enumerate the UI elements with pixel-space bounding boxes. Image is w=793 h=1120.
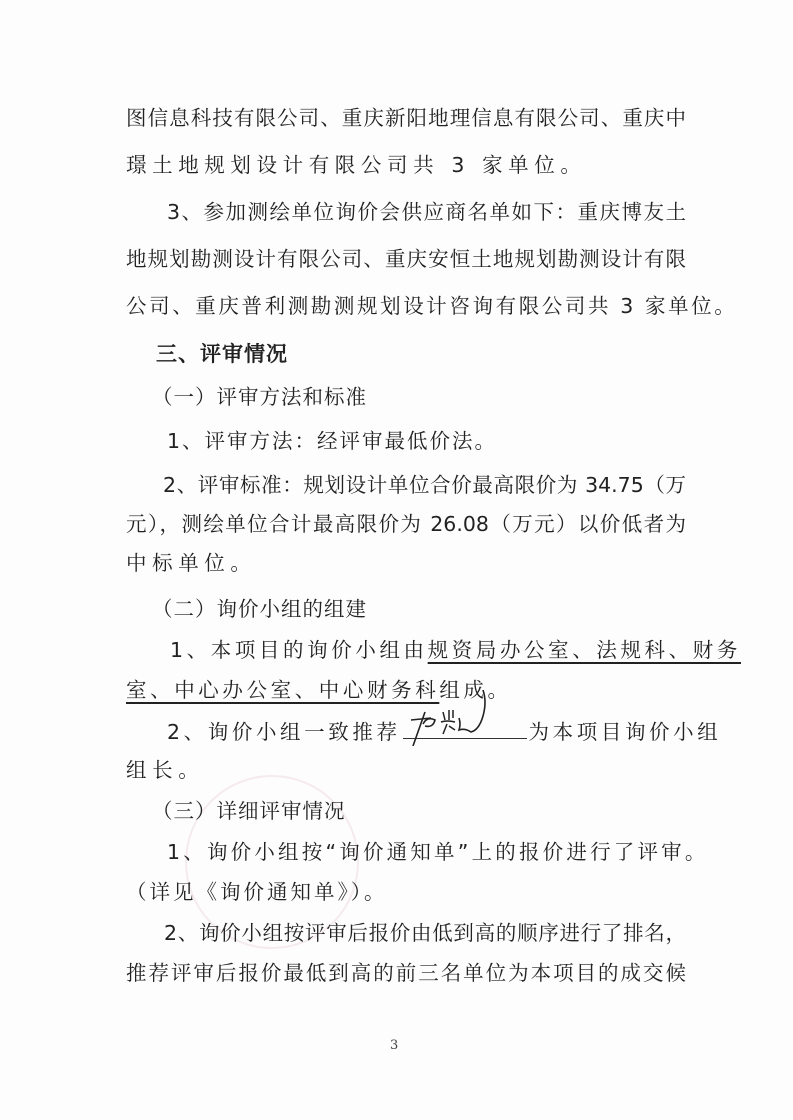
text: 1、本项目的询价小组由 [170, 638, 428, 662]
paragraph-line: 公司、重庆普利测勘测规划设计咨询有限公司共 3 家单位。 [126, 292, 686, 320]
section-heading: 三、评审情况 [156, 340, 716, 368]
paragraph-line: 组长。 [126, 756, 686, 784]
paragraph-line: 1、评审方法：经评审最低价法。 [167, 427, 727, 455]
document-page: 图信息科技有限公司、重庆新阳地理信息有限公司、重庆中 璟土地规划设计有限公司共 … [0, 0, 793, 1120]
subsection-heading: （三）详细评审情况 [152, 797, 712, 825]
underlined-text: 规资局办公室、法规科、财务 [428, 638, 741, 662]
paragraph-line: 3、参加测绘单位询价会供应商名单如下：重庆博友土 [167, 198, 686, 226]
paragraph-line: 1、本项目的询价小组由规资局办公室、法规科、财务 [170, 636, 686, 664]
paragraph-line: 地规划勘测设计有限公司、重庆安恒土地规划勘测设计有限 [126, 245, 686, 273]
underlined-text: 室、中心办公室、中心财务科 [126, 678, 439, 702]
subsection-heading: （一）评审方法和标准 [152, 383, 712, 411]
paragraph-line: 图信息科技有限公司、重庆新阳地理信息有限公司、重庆中 [126, 104, 686, 132]
subsection-heading: （二）询价小组的组建 [152, 595, 712, 623]
paragraph-line: 元），测绘单位合计最高限价为 26.08（万元）以价低者为 [126, 510, 686, 538]
text: 2、询价小组一致推荐 [167, 720, 401, 744]
paragraph-line: 2、评审标准：规划设计单位合价最高限价为 34.75（万 [163, 471, 686, 499]
text: 为本项目询价小组 [529, 720, 722, 744]
paragraph-line: 中标单位。 [126, 549, 686, 577]
paragraph-line: 璟土地规划设计有限公司共 3 家单位。 [126, 151, 686, 179]
handwritten-signature-icon [403, 690, 527, 746]
paragraph-line: （详见《询价通知单》）。 [126, 878, 686, 906]
paragraph-line: 2、询价小组一致推荐 为本项目询价小组 [167, 716, 727, 746]
paragraph-line: 2、询价小组按评审后报价由低到高的顺序进行了排名， [164, 919, 686, 947]
page-number: 3 [390, 1038, 398, 1053]
signature-field [403, 716, 527, 739]
paragraph-line: 1、询价小组按“询价通知单”上的报价进行了评审。 [167, 838, 727, 866]
paragraph-line: 推荐评审后报价最低到高的前三名单位为本项目的成交候 [126, 959, 686, 987]
